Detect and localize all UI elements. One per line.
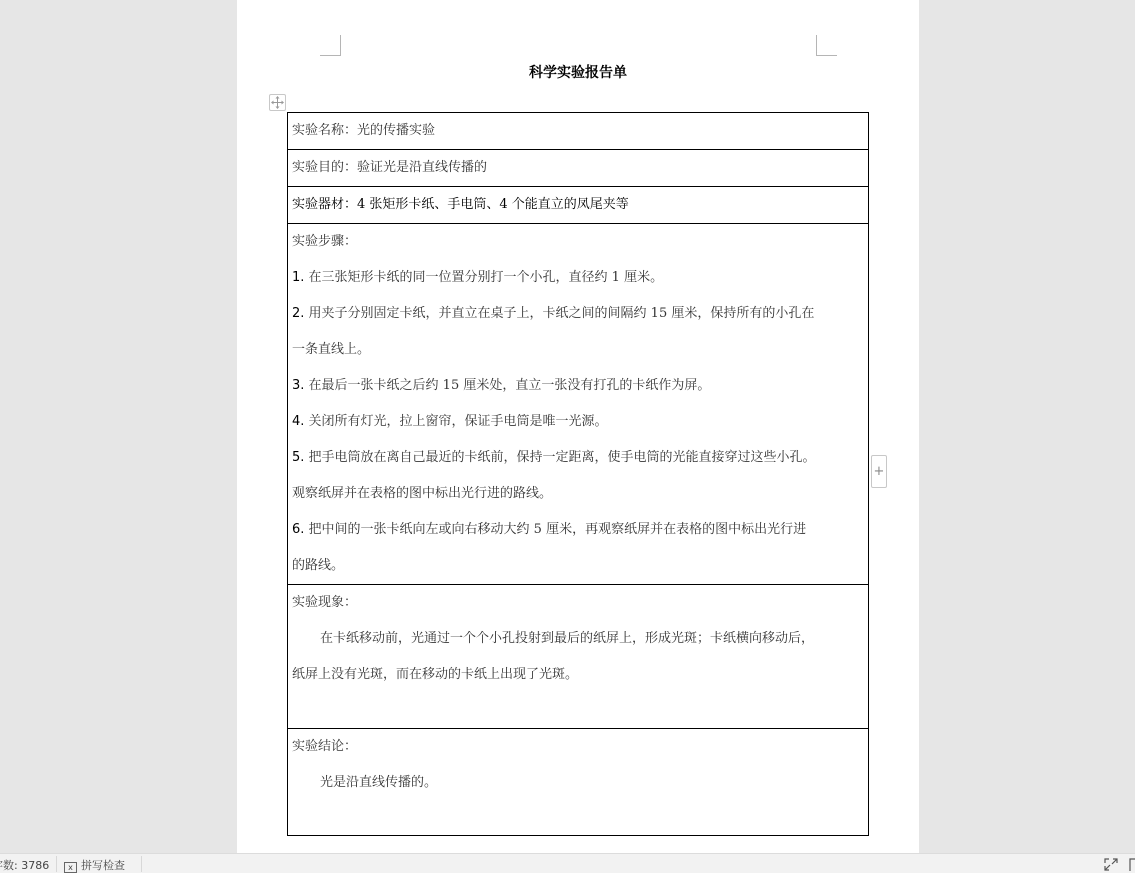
document-title: 科学实验报告单 [237, 62, 919, 82]
step-number: 3. [292, 378, 304, 393]
step-text: 用夹子分别固定卡纸，并直立在桌子上，卡纸之间的间隔约 15 厘米，保持所有的小孔… [309, 306, 815, 321]
step-text: 在最后一张卡纸之后约 15 厘米处，直立一张没有打孔的卡纸作为屏。 [309, 378, 711, 393]
step-2-continued: 一条直线上。 [292, 332, 864, 368]
step-number: 2. [292, 306, 304, 321]
report-table[interactable]: 实验名称：光的传播实验 实验目的：验证光是沿直线传播的 实验器材：4 张矩形卡纸… [287, 112, 869, 836]
document-page[interactable]: 科学实验报告单 实验名称：光的传播实验 实验目的：验证光是沿直线传播的 实验器材… [237, 0, 919, 853]
spell-check-button[interactable]: x拼写检查 [64, 857, 125, 873]
step-text: 关闭所有灯光，拉上窗帘，保证手电筒是唯一光源。 [309, 414, 608, 429]
experiment-name-text: 实验名称：光的传播实验 [292, 113, 864, 149]
step-5-continued: 观察纸屏并在表格的图中标出光行进的路线。 [292, 476, 864, 512]
row-experiment-name[interactable]: 实验名称：光的传播实验 [288, 113, 868, 150]
step-text: 把手电筒放在离自己最近的卡纸前，保持一定距离，使手电筒的光能直接穿过这些小孔。 [309, 450, 816, 465]
plus-icon: + [874, 464, 885, 479]
status-divider [141, 856, 142, 872]
conclusion-label: 实验结论： [292, 729, 864, 765]
page-view-icon [1129, 858, 1135, 871]
steps-label: 实验步骤： [292, 224, 864, 260]
step-number: 6. [292, 522, 304, 537]
experiment-materials-text: 实验器材：4 张矩形卡纸、手电筒、4 个能直立的凤尾夹等 [292, 187, 864, 223]
step-6-continued: 的路线。 [292, 548, 864, 584]
word-count[interactable]: 字数: 3786 [0, 857, 49, 873]
move-icon [271, 96, 284, 109]
fullscreen-icon [1104, 858, 1118, 871]
phenomenon-label: 实验现象： [292, 585, 864, 621]
step-1: 1. 在三张矩形卡纸的同一位置分别打一个小孔，直径约 1 厘米。 [292, 260, 864, 296]
row-experiment-materials[interactable]: 实验器材：4 张矩形卡纸、手电筒、4 个能直立的凤尾夹等 [288, 187, 868, 224]
step-5: 5. 把手电筒放在离自己最近的卡纸前，保持一定距离，使手电筒的光能直接穿过这些小… [292, 440, 864, 476]
status-bar: 字数: 3786 x拼写检查 [0, 853, 1135, 873]
spell-check-label: 拼写检查 [81, 859, 125, 872]
row-experiment-conclusion[interactable]: 实验结论： 光是沿直线传播的。 [288, 729, 868, 835]
step-4: 4. 关闭所有灯光，拉上窗帘，保证手电筒是唯一光源。 [292, 404, 864, 440]
step-number: 1. [292, 270, 304, 285]
margin-corner-top-left [320, 35, 341, 56]
table-move-handle[interactable] [269, 94, 286, 111]
spell-check-icon: x [64, 862, 77, 873]
row-experiment-steps[interactable]: 实验步骤： 1. 在三张矩形卡纸的同一位置分别打一个小孔，直径约 1 厘米。 2… [288, 224, 868, 585]
fullscreen-button[interactable] [1104, 858, 1118, 873]
row-experiment-phenomenon[interactable]: 实验现象： 在卡纸移动前，光通过一个个小孔投射到最后的纸屏上，形成光斑；卡纸横向… [288, 585, 868, 729]
view-mode-button[interactable] [1129, 858, 1135, 873]
step-number: 4. [292, 414, 304, 429]
step-3: 3. 在最后一张卡纸之后约 15 厘米处，直立一张没有打孔的卡纸作为屏。 [292, 368, 864, 404]
conclusion-text: 光是沿直线传播的。 [292, 765, 864, 801]
experiment-purpose-text: 实验目的：验证光是沿直线传播的 [292, 150, 864, 186]
step-2: 2. 用夹子分别固定卡纸，并直立在桌子上，卡纸之间的间隔约 15 厘米，保持所有… [292, 296, 864, 332]
status-divider [56, 856, 57, 872]
step-number: 5. [292, 450, 304, 465]
step-text: 把中间的一张卡纸向左或向右移动大约 5 厘米，再观察纸屏并在表格的图中标出光行进 [309, 522, 807, 537]
step-text: 在三张矩形卡纸的同一位置分别打一个小孔，直径约 1 厘米。 [309, 270, 664, 285]
add-column-button[interactable]: + [871, 455, 887, 488]
phenomenon-text-line-1: 在卡纸移动前，光通过一个个小孔投射到最后的纸屏上，形成光斑；卡纸横向移动后， [292, 621, 864, 657]
margin-corner-top-right [816, 35, 837, 56]
row-experiment-purpose[interactable]: 实验目的：验证光是沿直线传播的 [288, 150, 868, 187]
step-6: 6. 把中间的一张卡纸向左或向右移动大约 5 厘米，再观察纸屏并在表格的图中标出… [292, 512, 864, 548]
phenomenon-text-line-2: 纸屏上没有光斑，而在移动的卡纸上出现了光斑。 [292, 657, 864, 693]
